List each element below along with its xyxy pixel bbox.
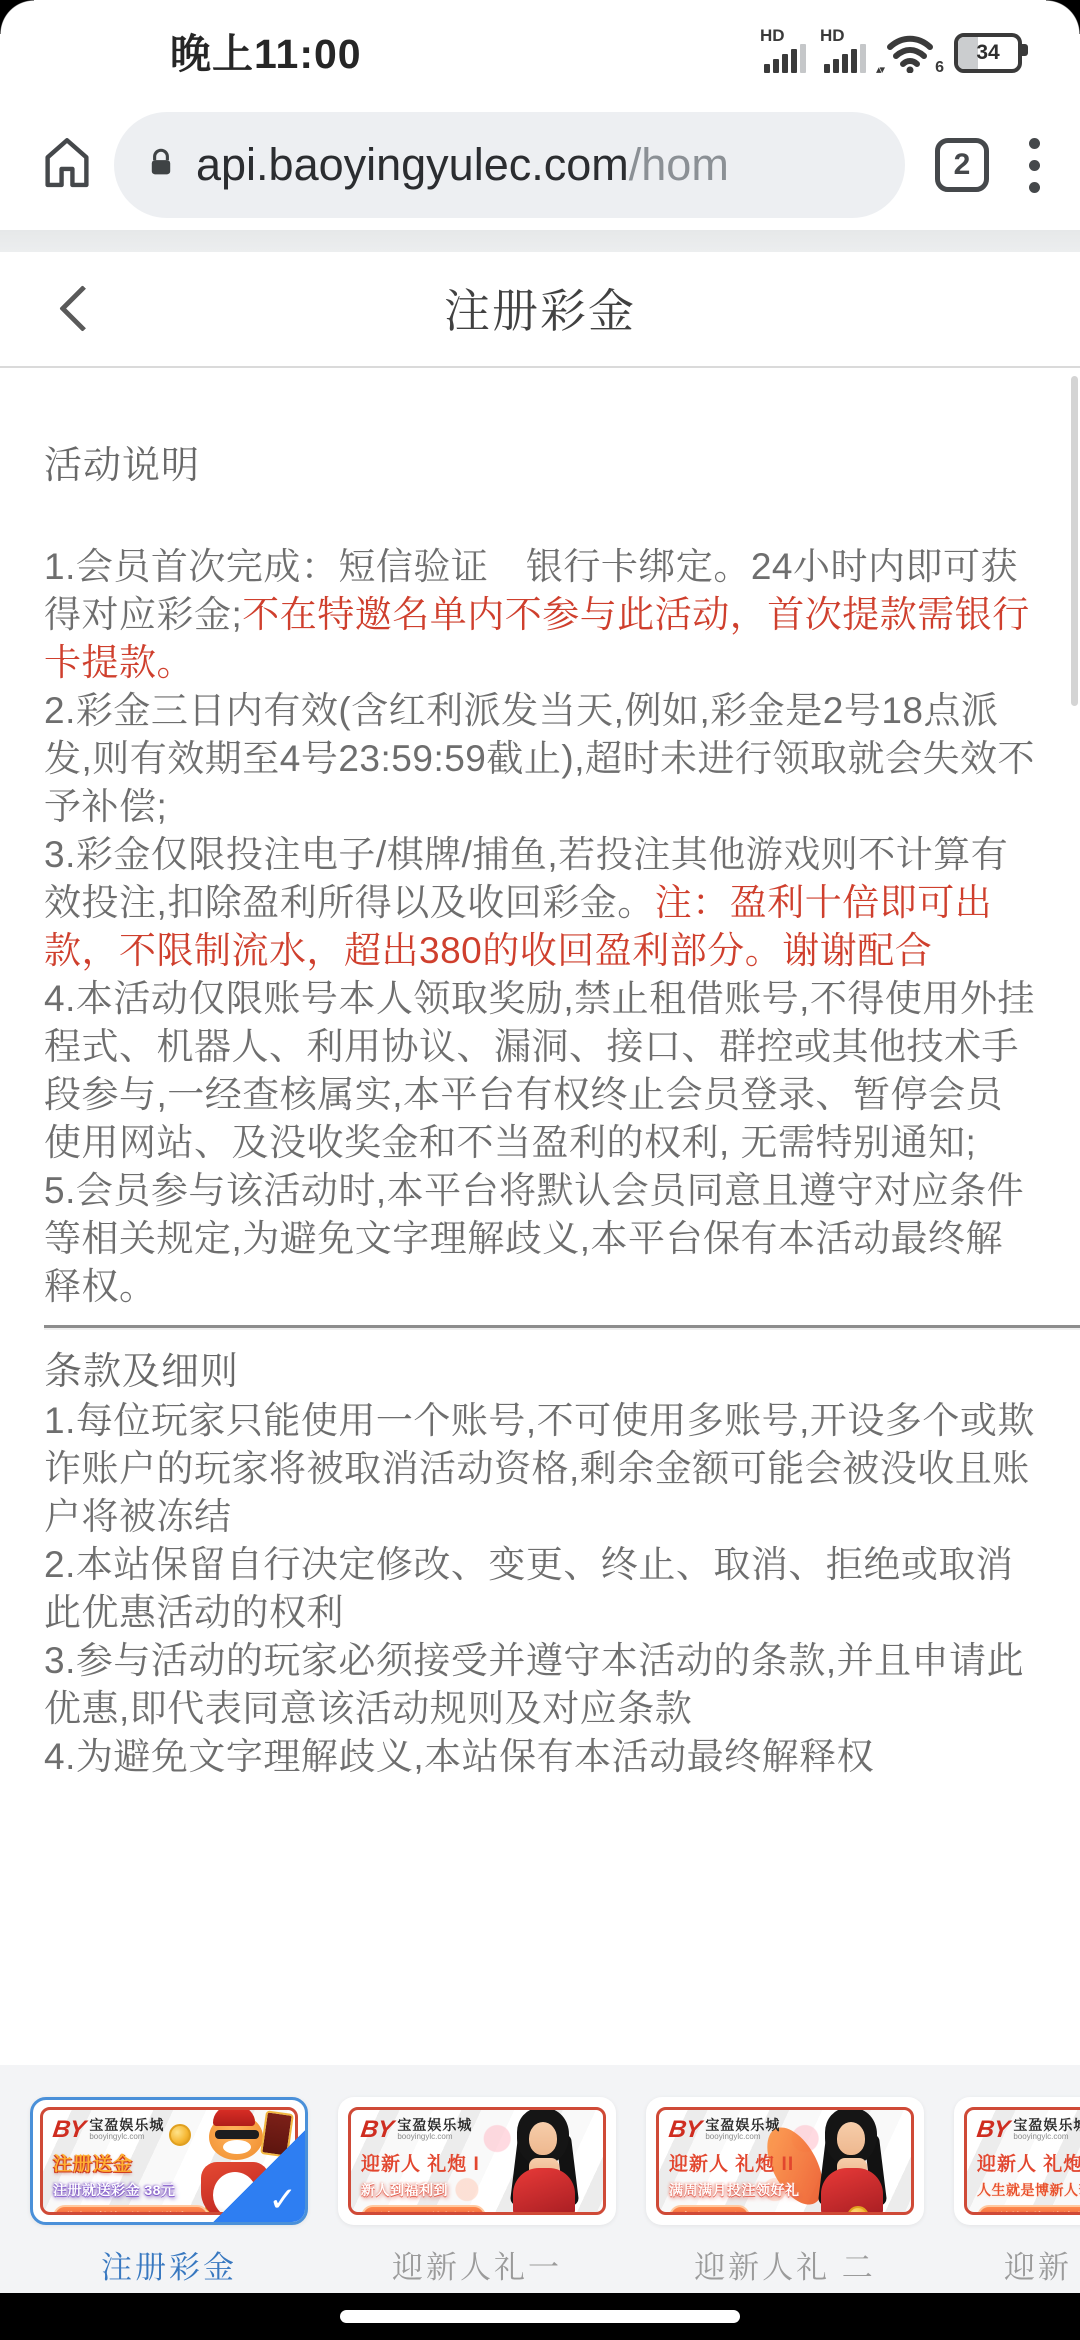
system-navigation-bar	[0, 2293, 1080, 2340]
hd-voice-badge: HD	[760, 26, 785, 46]
battery-icon: 34	[954, 33, 1022, 73]
brand-name-block: 宝盈娱乐城booyingylc.com	[89, 2118, 164, 2141]
banner-title: 注册送金	[53, 2149, 211, 2176]
banner-pill: 稳赢不怕输，补贴不停歇！	[53, 2205, 209, 2215]
terms-rules: 1.每位玩家只能使用一个账号,不可使用多账号,开设多个或欺诈账户的玩家将被取消活…	[44, 1397, 1036, 1781]
brand-domain: booyingylc.com	[397, 2133, 472, 2141]
banner-pill: 高达6888元	[669, 2205, 750, 2215]
home-indicator[interactable]	[340, 2310, 740, 2323]
promo-banner: BY宝盈娱乐城booyingylc.com迎新人 礼炮 II人生就是博新人驾到十…	[964, 2107, 1080, 2215]
rule-item: 4.为避免文字理解歧义,本站保有本活动最终解释权	[44, 1733, 1036, 1781]
promo-cards-row: BY宝盈娱乐城booyingylc.com注册送金注册就送彩金 38元稳赢不怕输…	[30, 2097, 1080, 2225]
check-icon: ✓	[269, 2180, 298, 2220]
model-face	[837, 2122, 865, 2155]
status-bar: 晚上11:00 HD HD ▴▾ 6	[0, 0, 1080, 100]
data-transfer-arrows-icon: ▴▾	[876, 65, 883, 75]
brand-name-block: 宝盈娱乐城booyingylc.com	[397, 2118, 472, 2141]
scrollbar-thumb[interactable]	[1071, 376, 1078, 706]
address-bar[interactable]: api.baoyingyulec.com/hom	[114, 112, 905, 218]
brand-logo: BY	[975, 2116, 1010, 2144]
brand-name-block: 宝盈娱乐城booyingylc.com	[1013, 2118, 1080, 2141]
banner-texts: BY宝盈娱乐城booyingylc.com迎新人 礼炮 I新人到福利到最高888…	[361, 2116, 519, 2215]
rule-item: 4.本活动仅限账号本人领取奖励,禁止租借账号,不得使用外挂程式、机器人、利用协议…	[44, 975, 1036, 1167]
page-header: 注册彩金	[0, 252, 1080, 368]
brand-logo: BY	[359, 2116, 394, 2144]
rule-text: 2.本站保留自行决定修改、变更、终止、取消、拒绝或取消此优惠活动的权利	[44, 1544, 1013, 1633]
url-path: /hom	[629, 139, 729, 190]
rule-item: 2.彩金三日内有效(含红利派发当天,例如,彩金是2号18点派发,则有效期至4号2…	[44, 687, 1036, 831]
section-title-terms: 条款及细则	[44, 1340, 1036, 1395]
url-text[interactable]: api.baoyingyulec.com/hom	[196, 139, 729, 191]
banner-title: 迎新人 礼炮 I	[361, 2149, 519, 2176]
promo-carousel: BY宝盈娱乐城booyingylc.com注册送金注册就送彩金 38元稳赢不怕输…	[0, 2065, 1080, 2293]
banner-subtitle: 新人到福利到	[361, 2180, 519, 2200]
rule-text: 5.会员参与该活动时,本平台将默认会员同意且遵守对应条件等相关规定,为避免文字理…	[44, 1170, 1024, 1307]
section-divider	[44, 1325, 1080, 1330]
banner-subtitle: 满周满月投注领好礼	[669, 2180, 827, 2200]
brand-row: BY宝盈娱乐城booyingylc.com	[669, 2116, 827, 2144]
clock: 晚上11:00	[170, 21, 362, 80]
page-title: 注册彩金	[0, 252, 1080, 364]
banner-title: 迎新人 礼炮 II	[669, 2149, 827, 2176]
brand-row: BY宝盈娱乐城booyingylc.com	[361, 2116, 519, 2144]
wifi6-badge: 6	[935, 59, 944, 77]
section-title-activity: 活动说明	[44, 434, 1036, 489]
promo-tab-label[interactable]: 迎新人礼 二	[646, 2242, 924, 2287]
browser-toolbar: api.baoyingyulec.com/hom 2	[0, 100, 1080, 230]
cellular-signal-icon-sim2: HD	[824, 28, 866, 73]
red-dress	[513, 2168, 575, 2215]
rule-text: 4.本活动仅限账号本人领取奖励,禁止租借账号,不得使用外挂程式、机器人、利用协议…	[44, 978, 1035, 1163]
rule-text: 1.每位玩家只能使用一个账号,不可使用多账号,开设多个或欺诈账户的玩家将被取消活…	[44, 1400, 1035, 1537]
cellular-signal-icon-sim1: HD	[764, 28, 806, 73]
brand-name: 宝盈娱乐城	[397, 2118, 472, 2133]
page-content: 活动说明 1.会员首次完成：短信验证 银行卡绑定。24小时内即可获得对应彩金;不…	[0, 368, 1080, 1781]
banner-pill: 最高8888元首存红利	[361, 2205, 486, 2215]
brand-name: 宝盈娱乐城	[1013, 2118, 1080, 2133]
status-icons: HD HD ▴▾ 6 34	[764, 28, 1022, 73]
promo-tab-label[interactable]: 迎新	[954, 2242, 1080, 2287]
banner-texts: BY宝盈娱乐城booyingylc.com注册送金注册就送彩金 38元稳赢不怕输…	[53, 2116, 211, 2215]
menu-button[interactable]	[1023, 132, 1046, 199]
banner-texts: BY宝盈娱乐城booyingylc.com迎新人 礼炮 II满周满月投注领好礼高…	[669, 2116, 827, 2215]
promo-card[interactable]: BY宝盈娱乐城booyingylc.com迎新人 礼炮 I新人到福利到最高888…	[338, 2097, 616, 2225]
brand-logo: BY	[51, 2116, 86, 2144]
brand-name-block: 宝盈娱乐城booyingylc.com	[705, 2118, 780, 2141]
url-host: api.baoyingyulec.com	[196, 139, 629, 190]
hd-voice-badge: HD	[820, 26, 845, 46]
tab-count: 2	[954, 148, 971, 182]
banner-texts: BY宝盈娱乐城booyingylc.com迎新人 礼炮 II人生就是博新人驾到十…	[977, 2116, 1080, 2215]
toolbar-shadow	[0, 230, 1080, 252]
banner-pill: 无论输赢皆可领好礼	[977, 2205, 1080, 2215]
banner-subtitle: 注册就送彩金 38元	[53, 2180, 211, 2200]
brand-row: BY宝盈娱乐城booyingylc.com	[53, 2116, 211, 2144]
promo-labels-row: 注册彩金迎新人礼一迎新人礼 二迎新	[30, 2242, 1080, 2287]
rule-item: 1.每位玩家只能使用一个账号,不可使用多账号,开设多个或欺诈账户的玩家将被取消活…	[44, 1397, 1036, 1541]
promo-card[interactable]: BY宝盈娱乐城booyingylc.com注册送金注册就送彩金 38元稳赢不怕输…	[30, 2097, 308, 2225]
promo-card[interactable]: BY宝盈娱乐城booyingylc.com迎新人 礼炮 II满周满月投注领好礼高…	[646, 2097, 924, 2225]
brand-domain: booyingylc.com	[89, 2133, 164, 2141]
activity-rules: 1.会员首次完成：短信验证 银行卡绑定。24小时内即可获得对应彩金;不在特邀名单…	[44, 543, 1036, 1311]
rule-item: 2.本站保留自行决定修改、变更、终止、取消、拒绝或取消此优惠活动的权利	[44, 1541, 1036, 1637]
brand-domain: booyingylc.com	[705, 2133, 780, 2141]
promo-banner: BY宝盈娱乐城booyingylc.com迎新人 礼炮 I新人到福利到最高888…	[348, 2107, 606, 2215]
rule-text: 3.参与活动的玩家必须接受并遵守本活动的条款,并且申请此优惠,即代表同意该活动规…	[44, 1640, 1024, 1729]
model-face	[529, 2122, 557, 2155]
phone-screen: 晚上11:00 HD HD ▴▾ 6	[0, 0, 1080, 2340]
rule-item: 3.彩金仅限投注电子/棋牌/捕鱼,若投注其他游戏则不计算有效投注,扣除盈利所得以…	[44, 831, 1036, 975]
tab-switcher-button[interactable]: 2	[935, 138, 989, 192]
rule-item: 5.会员参与该活动时,本平台将默认会员同意且遵守对应条件等相关规定,为避免文字理…	[44, 1167, 1036, 1311]
battery-percent: 34	[976, 41, 999, 65]
brand-name: 宝盈娱乐城	[89, 2118, 164, 2133]
brand-row: BY宝盈娱乐城booyingylc.com	[977, 2116, 1080, 2144]
wifi-icon: ▴▾ 6	[884, 33, 936, 73]
rule-item: 3.参与活动的玩家必须接受并遵守本活动的条款,并且申请此优惠,即代表同意该活动规…	[44, 1637, 1036, 1733]
promo-tab-label[interactable]: 注册彩金	[30, 2242, 308, 2287]
banner-title: 迎新人 礼炮 II	[977, 2149, 1080, 2176]
brand-name: 宝盈娱乐城	[705, 2118, 780, 2133]
banner-subtitle: 人生就是博新人驾到十	[977, 2180, 1080, 2200]
rule-text: 2.彩金三日内有效(含红利派发当天,例如,彩金是2号18点派发,则有效期至4号2…	[44, 690, 1035, 827]
selected-check-corner: ✓	[213, 2130, 305, 2222]
rule-item: 1.会员首次完成：短信验证 银行卡绑定。24小时内即可获得对应彩金;不在特邀名单…	[44, 543, 1036, 687]
brand-domain: booyingylc.com	[1013, 2133, 1080, 2141]
promo-banner: BY宝盈娱乐城booyingylc.com迎新人 礼炮 II满周满月投注领好礼高…	[656, 2107, 914, 2215]
tiger-hat	[213, 2107, 255, 2126]
lock-icon[interactable]	[144, 142, 178, 189]
promo-tab-label[interactable]: 迎新人礼一	[338, 2242, 616, 2287]
home-icon	[36, 132, 98, 199]
brand-logo: BY	[667, 2116, 702, 2144]
home-button[interactable]	[34, 132, 100, 198]
promo-card[interactable]: BY宝盈娱乐城booyingylc.com迎新人 礼炮 II人生就是博新人驾到十…	[954, 2097, 1080, 2225]
rule-text: 4.为避免文字理解歧义,本站保有本活动最终解释权	[44, 1736, 874, 1777]
